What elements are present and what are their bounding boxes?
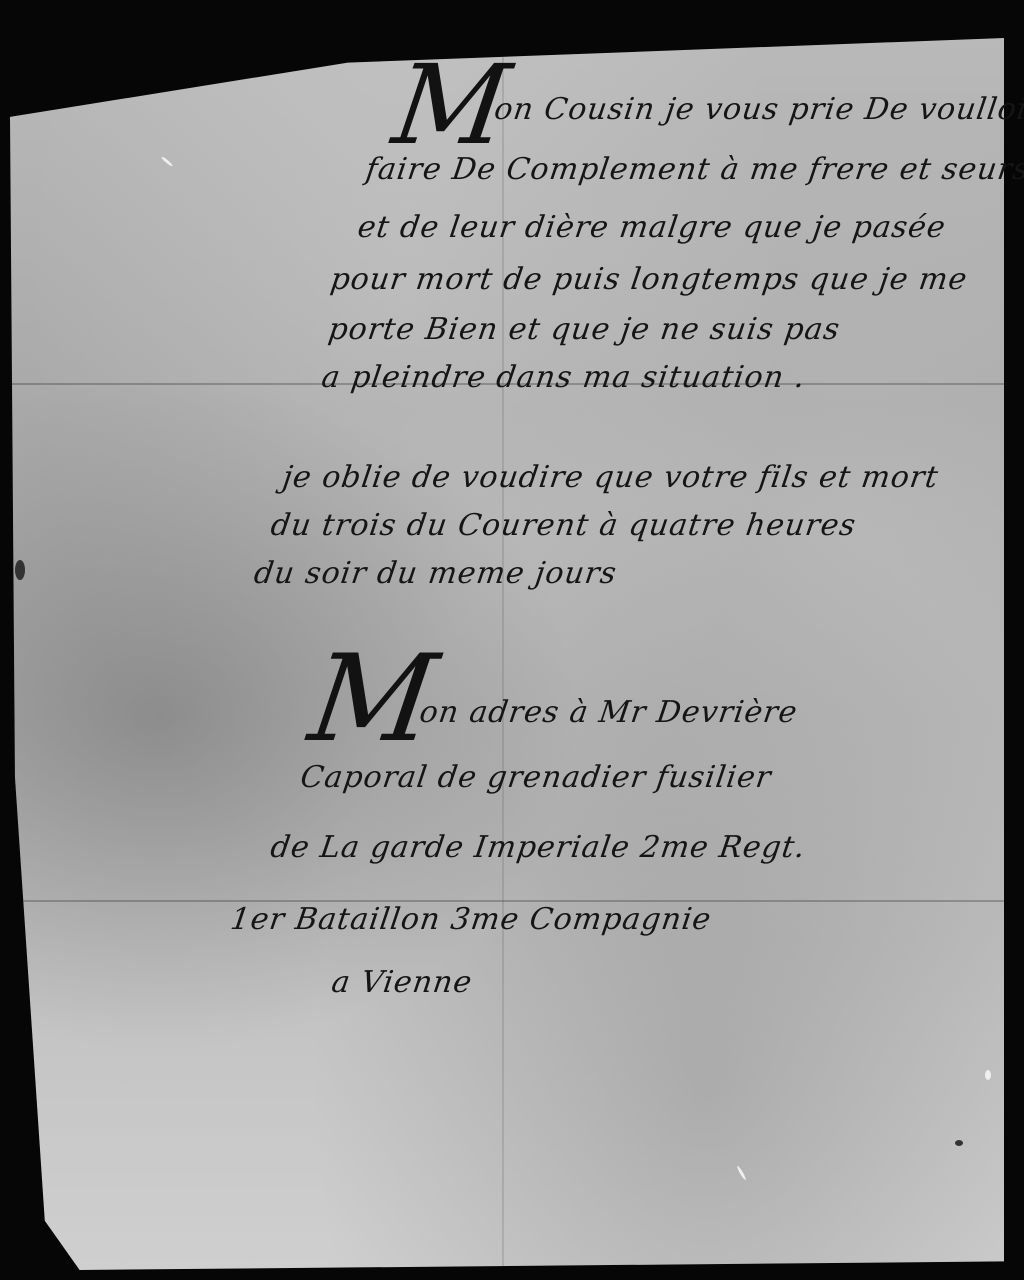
scan-artifact (985, 1070, 991, 1080)
scan-artifact (955, 1140, 963, 1146)
address-block: M on adres à Mr Devrière Caporal de gren… (0, 0, 1024, 1280)
address-line: de La garde Imperiale 2me Regt. (268, 830, 808, 865)
address-line: on adres à Mr Devrière (417, 695, 800, 730)
scan-background: M on Cousin je vous prie De voulloir fai… (0, 0, 1024, 1280)
address-line: a Vienne (329, 965, 474, 1000)
scan-artifact (15, 560, 25, 580)
address-line: Caporal de grenadier fusilier (298, 760, 774, 795)
address-line: 1er Bataillon 3me Compagnie (228, 902, 713, 937)
